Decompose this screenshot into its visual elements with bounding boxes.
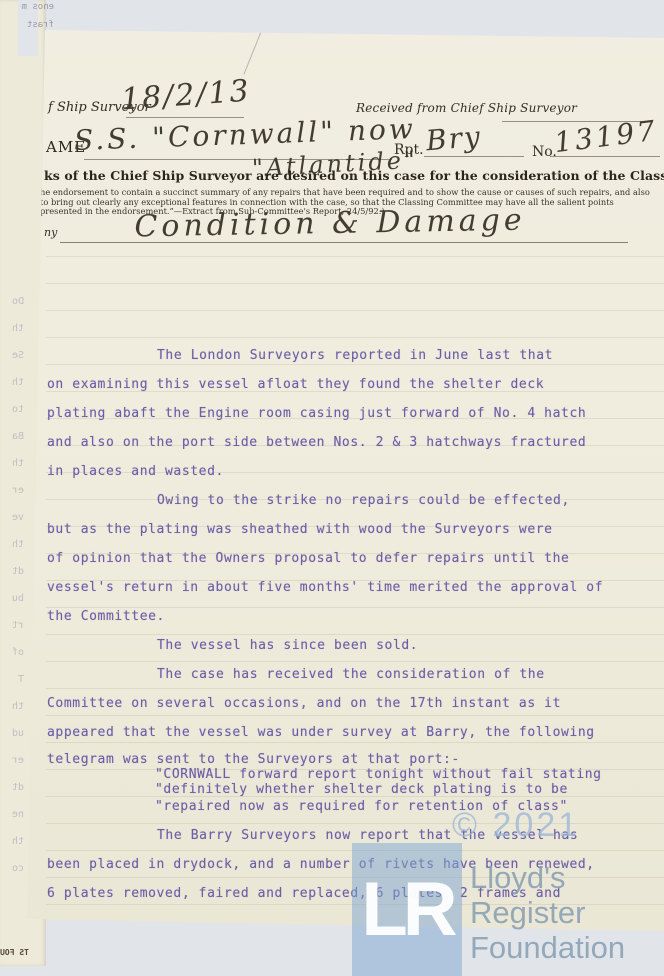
bleedthrough-fragment: enos m [0, 2, 54, 20]
typed-line: in places and wasted. [47, 462, 651, 491]
bleedthrough-fragment: ud [2, 728, 24, 755]
typed-line: of opinion that the Owners proposal to d… [47, 549, 651, 578]
lr-monogram-icon: LR [361, 866, 452, 953]
bleedthrough-fragment: th [2, 377, 24, 404]
typed-line: the Committee. [47, 607, 651, 636]
bleedthrough-fragment: bu [2, 593, 24, 620]
bleedthrough-fragment: th [2, 323, 24, 350]
scan-scratch-mark [243, 31, 261, 74]
typed-line: "definitely whether shelter deck plating… [47, 782, 651, 797]
bleedthrough-fragment: to [2, 404, 24, 431]
typed-line: telegram was sent to the Surveyors at th… [47, 752, 651, 767]
bleedthrough-fragment: rt [2, 620, 24, 647]
report-value: Bry [425, 120, 483, 158]
subject-value: Condition & Damage [130, 203, 531, 245]
bleedthrough-fragment: er [2, 485, 24, 512]
typed-line: Committee on several occasions, and on t… [47, 694, 651, 723]
watermark-org-line2: Foundation [470, 930, 664, 965]
bleedthrough-fragment: dt [2, 566, 24, 593]
subject-label: ny [44, 226, 57, 239]
typed-line: vessel's return in about five months' ti… [47, 578, 651, 607]
number-label: No. [532, 144, 557, 160]
typed-line: The case has received the consideration … [47, 665, 651, 694]
bleedthrough-side-fragments: DothSethtoBathervethdtburtofTthuderdtnet… [2, 296, 24, 890]
bleedthrough-fragment: th [2, 458, 24, 485]
bleedthrough-fragment: Se [2, 350, 24, 377]
watermark-org-name: Lloyd's Register Foundation [470, 860, 664, 965]
bleedthrough-fragment: th [2, 701, 24, 728]
typed-line: and also on the port side between Nos. 2… [47, 433, 651, 462]
bleedthrough-fragment: th [2, 539, 24, 566]
typed-line: Owing to the strike no repairs could be … [47, 491, 651, 520]
bleedthrough-fragment: ve [2, 512, 24, 539]
bleedthrough-fragment: T [2, 674, 24, 701]
typed-line: on examining this vessel afloat they fou… [47, 375, 651, 404]
bleedthrough-fragment: er [2, 755, 24, 782]
watermark-copyright: © 2021 [452, 806, 580, 845]
lloyds-register-logo: LR [352, 843, 462, 976]
typed-line: appeared that the vessel was under surve… [47, 723, 651, 752]
bleedthrough-fragment: dt [2, 782, 24, 809]
typed-line: The vessel has since been sold. [47, 636, 651, 665]
bleedthrough-bottom-fragment: TS FOU [0, 948, 29, 957]
bleedthrough-fragment: of [2, 647, 24, 674]
typed-line: but as the plating was sheathed with woo… [47, 520, 651, 549]
surveyor-date-value: 18/2/13 [120, 74, 252, 118]
report-label: Rpt. [394, 142, 424, 158]
typed-line: "CORNWALL forward report tonight without… [47, 767, 651, 782]
number-underline [550, 156, 660, 157]
remarks-notice: ks of the Chief Ship Surveyor are desire… [44, 168, 664, 183]
bleedthrough-fragment: th [2, 836, 24, 863]
report-underline [424, 156, 524, 157]
bleedthrough-fragment: Ba [2, 431, 24, 458]
bleedthrough-fragment: Do [2, 296, 24, 323]
typed-line: plating abaft the Engine room casing jus… [47, 404, 651, 433]
watermark-org-line1: Lloyd's Register [470, 860, 664, 930]
scanned-document: { "form": { "surveyor_date_label": "f Sh… [0, 0, 664, 976]
bleedthrough-fragment: ne [2, 809, 24, 836]
typed-line: The London Surveyors reported in June la… [47, 346, 651, 375]
bleedthrough-fragment: co [2, 863, 24, 890]
